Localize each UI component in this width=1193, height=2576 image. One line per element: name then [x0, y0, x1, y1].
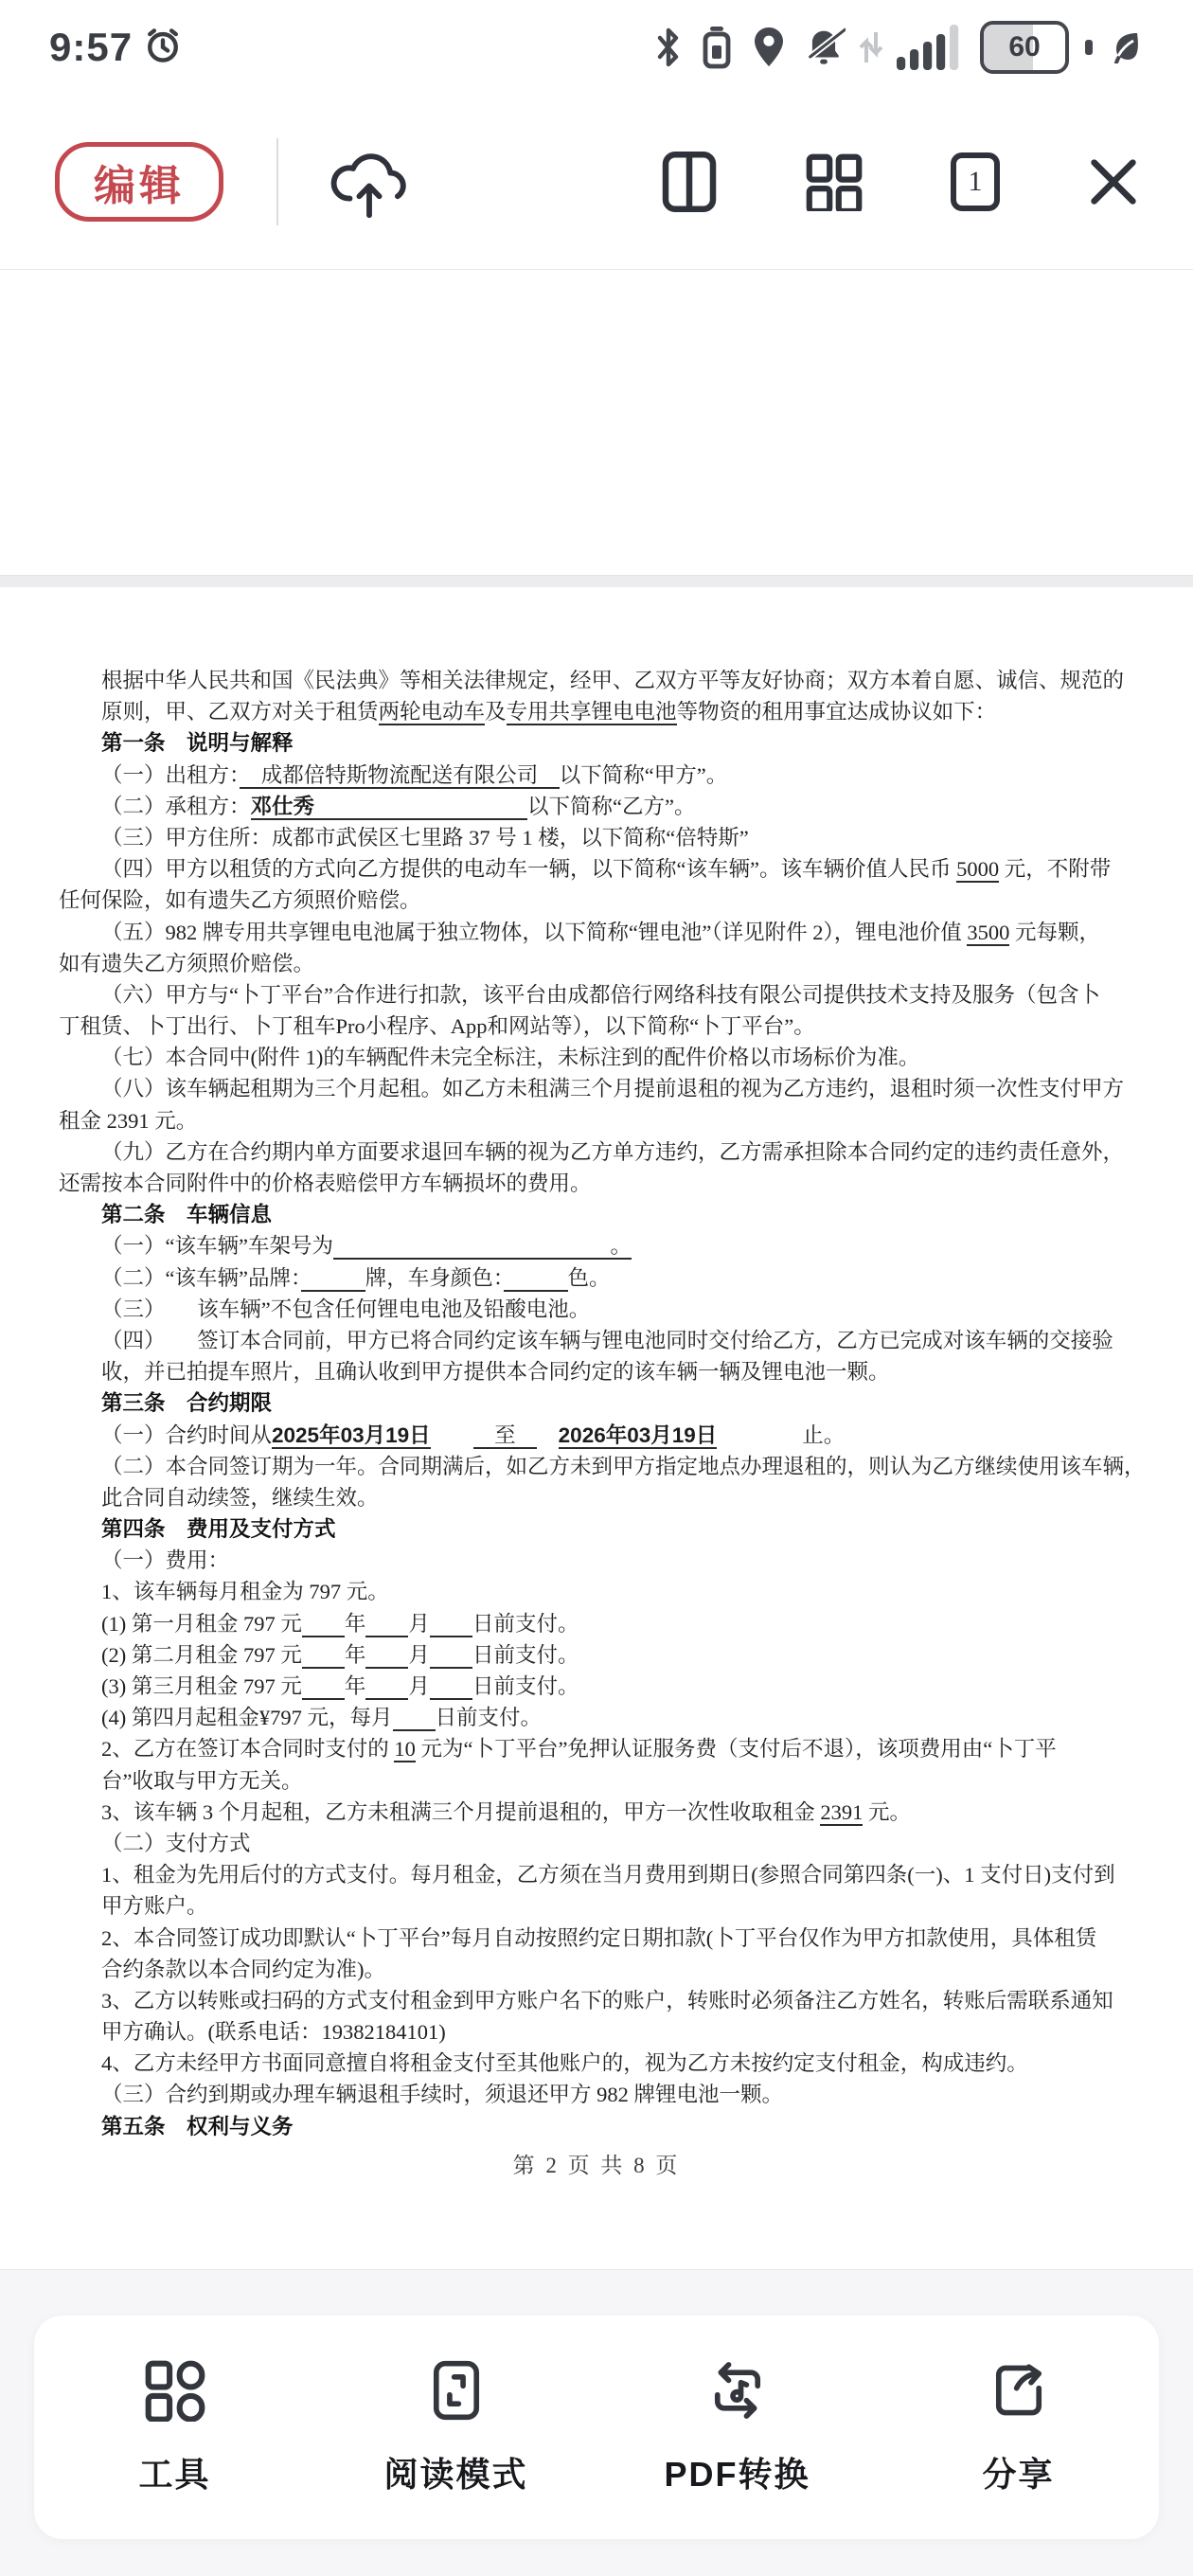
doc-line: 根据中华人民共和国《民法典》等相关法律规定，经甲、乙双方平等友好协商；双方本着自… [59, 665, 1155, 696]
signal-strength-icon [897, 23, 967, 72]
doc-line: （二）承租方：邓仕秀 以下简称“乙方”。 [59, 791, 1155, 822]
doc-line: 第四条 费用及支付方式 [59, 1513, 1155, 1545]
doc-line: (1) 第一月租金 797 元 年 月 日前支付。 [59, 1608, 1155, 1639]
location-icon [749, 25, 789, 70]
doc-line: （六）甲方与“卜丁平台”合作进行扣款，该平台由成都倍行网络科技有限公司提供技术支… [59, 979, 1155, 1011]
doc-line: （三） 该车辆”不包含任何锂电电池及铅酸电池。 [59, 1294, 1155, 1325]
doc-line: 第二条 车辆信息 [59, 1199, 1155, 1230]
thumbnail-grid-button[interactable] [805, 152, 864, 211]
doc-line: 原则，甲、乙双方对关于租赁两轮电动车及专用共享锂电电池等物资的租用事宜达成协议如… [59, 696, 1155, 727]
battery-tip [1085, 40, 1093, 55]
doc-line: 还需按本合同附件中的价格表赔偿甲方车辆损坏的费用。 [59, 1168, 1155, 1199]
doc-line: （七）本合同中(附件 1)的车辆配件未完全标注，未标注到的配件价格以市场标价为准… [59, 1042, 1155, 1073]
share-label: 分享 [982, 2448, 1054, 2496]
document-page-2[interactable]: 根据中华人民共和国《民法典》等相关法律规定，经甲、乙双方平等友好协商；双方本着自… [0, 587, 1193, 2273]
doc-line: (4) 第四月起租金¥797 元，每月 日前支付。 [59, 1702, 1155, 1733]
doc-line: 3、该车辆 3 个月起租，乙方未租满三个月提前退租的，甲方一次性收取租金 239… [59, 1797, 1155, 1828]
tools-grid-icon [144, 2359, 206, 2422]
data-arrows-icon [859, 28, 883, 66]
contract-text: 根据中华人民共和国《民法典》等相关法律规定，经甲、乙双方平等友好协商；双方本着自… [59, 665, 1155, 2142]
reading-mode-button[interactable]: 阅读模式 [315, 2359, 596, 2496]
doc-line: (3) 第三月租金 797 元 年 月 日前支付。 [59, 1671, 1155, 1702]
page-number-button[interactable]: 1 [951, 152, 1000, 211]
cloud-upload-button[interactable] [328, 142, 411, 222]
battery-percent: 60 [1008, 31, 1040, 63]
device-vibrate-icon [698, 25, 736, 70]
pdf-convert-label: PDF转换 [664, 2448, 810, 2496]
doc-line: （八）该车辆起租期为三个月起租。如乙方未租满三个月提前退租的视为乙方违约，退租时… [59, 1073, 1155, 1104]
doc-line: 任何保险，如有遗失乙方须照价赔偿。 [59, 885, 1155, 916]
doc-line: 第三条 合约期限 [59, 1387, 1155, 1419]
doc-line: 2、本合同签订成功即默认“卜丁平台”每月自动按照约定日期扣款(卜丁平台仅作为甲方… [59, 1923, 1155, 1954]
tools-button[interactable]: 工具 [34, 2359, 315, 2496]
doc-line: （二）支付方式 [59, 1828, 1155, 1859]
page2-footer: 第 2 页 共 8 页 [0, 2148, 1193, 2179]
doc-line: 甲方账户。 [59, 1890, 1155, 1922]
split-view-button[interactable] [661, 150, 718, 214]
doc-line: （一）出租方： 成都倍特斯物流配送有限公司 以下简称“甲方”。 [59, 760, 1155, 791]
reading-mode-label: 阅读模式 [383, 2448, 527, 2496]
doc-line: （三）甲方住所：成都市武侯区七里路 37 号 1 楼，以下简称“倍特斯” [59, 822, 1155, 853]
doc-line: （一）费用： [59, 1545, 1155, 1576]
doc-line: 甲方确认。(联系电话：19382184101) [59, 2016, 1155, 2048]
status-time: 9:57 [49, 25, 133, 70]
doc-line: 1、租金为先用后付的方式支付。每月租金，乙方须在当月费用到期日(参照合同第四条(… [59, 1859, 1155, 1890]
doc-line: 收，并已拍提车照片，且确认收到甲方提供本合同约定的该车辆一辆及锂电池一颗。 [59, 1356, 1155, 1387]
edit-button[interactable]: 编辑 [55, 142, 223, 222]
power-save-leaf-icon [1106, 27, 1144, 68]
doc-line: 台”收取与甲方无关。 [59, 1765, 1155, 1797]
doc-line: （九）乙方在合约期内单方面要求退回车辆的视为乙方单方违约，乙方需承担除本合同约定… [59, 1136, 1155, 1168]
pdf-viewer-app: 9:57 [0, 0, 1193, 2576]
close-button[interactable] [1087, 155, 1140, 208]
share-button[interactable]: 分享 [878, 2359, 1159, 2496]
edit-button-label: 编辑 [94, 152, 185, 212]
status-bar: 9:57 [0, 0, 1193, 95]
doc-line: （五）982 牌专用共享锂电电池属于独立物体，以下简称“锂电池”（详见附件 2）… [59, 917, 1155, 948]
doc-line: （三）合约到期或办理车辆退租手续时，须退还甲方 982 牌锂电池一颗。 [59, 2079, 1155, 2110]
doc-line: （一）“该车辆”车架号为 。 [59, 1230, 1155, 1261]
doc-line: 第一条 说明与解释 [59, 727, 1155, 759]
alarm-icon [142, 25, 184, 71]
bluetooth-icon [652, 27, 685, 68]
reading-mode-icon [425, 2359, 488, 2422]
top-toolbar: 编辑 [0, 95, 1193, 270]
doc-line: (2) 第二月租金 797 元 年 月 日前支付。 [59, 1639, 1155, 1671]
pdf-convert-icon [706, 2359, 769, 2422]
doc-line: 合约条款以本合同约定为准)。 [59, 1954, 1155, 1985]
bottom-toolbar-zone: 工具 阅读模式 [0, 2269, 1193, 2576]
doc-line: 4、乙方未经甲方书面同意擅自将租金支付至其他账户的，视为乙方未按约定支付租金，构… [59, 2048, 1155, 2079]
doc-line: （二）本合同签订期为一年。合同期满后，如乙方未到甲方指定地点办理退租的，则认为乙… [59, 1451, 1155, 1482]
notifications-muted-icon [802, 25, 846, 70]
doc-line: （四） 签订本合同前，甲方已将合同约定该车辆与锂电池同时交付给乙方，乙方已完成对… [59, 1325, 1155, 1356]
doc-line: （一）合约时间从2025年03月19日 至 2026年03月19日 止。 [59, 1420, 1155, 1451]
doc-line: 1、该车辆每月租金为 797 元。 [59, 1576, 1155, 1607]
tools-label: 工具 [138, 2448, 210, 2496]
doc-line: 3、乙方以转账或扫码的方式支付租金到甲方账户名下的账户，转账时必须备注乙方姓名，… [59, 1985, 1155, 2016]
doc-line: 丁租赁、卜丁出行、卜丁租车Pro小程序、App和网站等），以下简称“卜丁平台”。 [59, 1011, 1155, 1042]
page-separator [0, 575, 1193, 588]
battery-indicator: 60 [980, 21, 1069, 74]
doc-line: 2、乙方在签订本合同时支付的 10 元为“卜丁平台”免押认证服务费（支付后不退）… [59, 1733, 1155, 1764]
pdf-convert-button[interactable]: PDF转换 [596, 2359, 878, 2496]
page-number-value: 1 [969, 166, 983, 198]
doc-line: （四）甲方以租赁的方式向乙方提供的电动车一辆，以下简称“该车辆”。该车辆价值人民… [59, 853, 1155, 885]
share-icon [988, 2359, 1050, 2422]
doc-line: 此合同自动续签，继续生效。 [59, 1482, 1155, 1513]
document-page-1[interactable]: 第 1 页 共 8 页 [0, 270, 1193, 575]
doc-line: 租金 2391 元。 [59, 1105, 1155, 1136]
toolbar-divider [276, 138, 278, 225]
doc-line: 第五条 权利与义务 [59, 2111, 1155, 2142]
doc-line: （二）“该车辆”品牌： 牌，车身颜色： 色。 [59, 1262, 1155, 1294]
bottom-toolbar: 工具 阅读模式 [34, 2316, 1159, 2539]
doc-line: 如有遗失乙方须照价赔偿。 [59, 948, 1155, 979]
